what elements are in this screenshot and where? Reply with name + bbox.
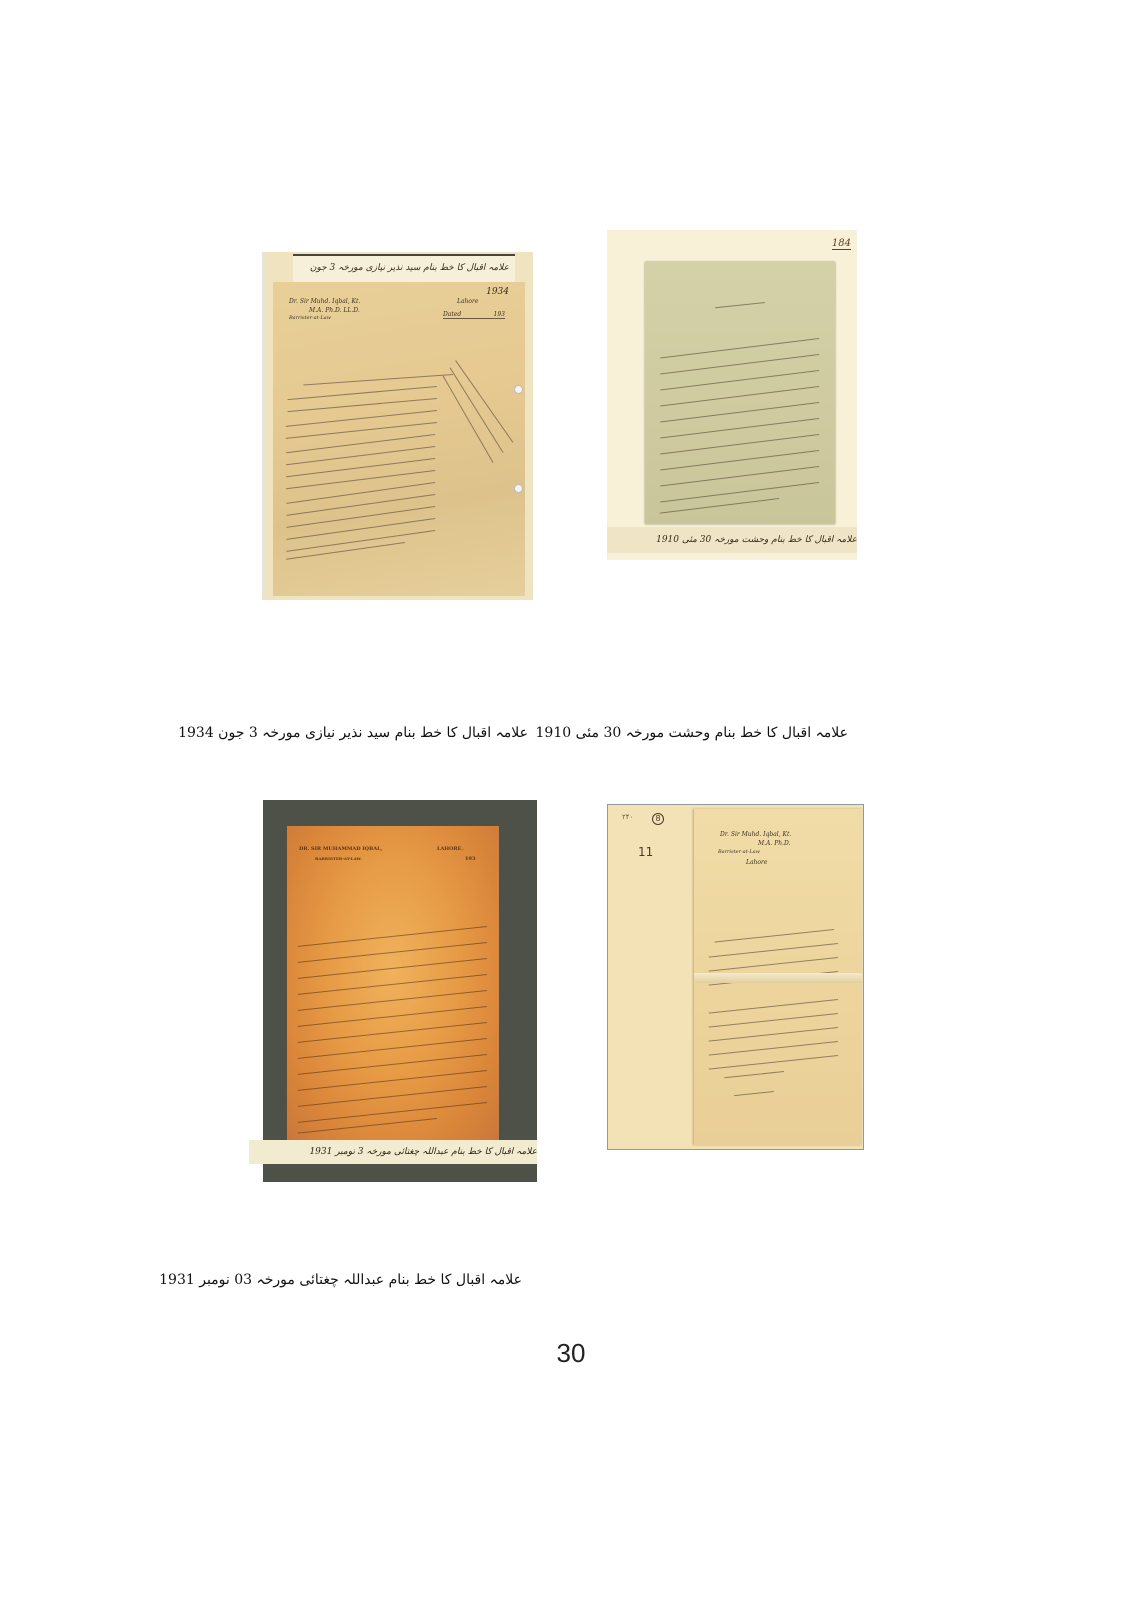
handwriting-line [709,1041,838,1056]
signature [734,1091,774,1096]
handwriting-line [298,1070,487,1091]
archive-label: علامہ اقبال کا خط بنام سید نذیر نیازی مو… [293,254,515,282]
handwriting-line [303,374,453,385]
handwriting-line [286,494,435,516]
letterhead-city: LAHORE. [437,846,463,852]
handwriting-line [298,1086,487,1107]
handwriting-line [660,386,819,406]
letter-photo-undated: ۲۴۰ 8 11 Dr. Sir Muhd. Iqbal, Kt. M.A. P… [607,804,864,1150]
paper-fold [694,973,862,983]
letterhead-name: Dr. Sir Muhd. Iqbal, Kt. [289,298,360,305]
handwriting-line [298,958,487,979]
letterhead-city: Lahore [746,859,767,866]
archive-label: علامہ اقبال کا خط بنام عبداللہ چغتائی مو… [249,1140,537,1164]
handwriting-line [298,990,487,1011]
handwriting-line [286,542,405,560]
margin-note-line [450,367,504,452]
handwriting-line [660,338,819,358]
handwriting-line [709,957,838,972]
handwriting-line [286,434,435,453]
handwriting-line [709,999,838,1014]
letter-paper: DR. SIR MUHAMMAD IQBAL, BARRISTER-AT-LAW… [287,826,499,1142]
handwriting-line [298,1102,487,1123]
handwriting-line [286,518,435,540]
handwriting-line [298,1022,487,1043]
archive-mark: 8 [652,813,664,825]
archive-number: 184 [832,238,851,250]
letterhead-name: Dr. Sir Muhd. Iqbal, Kt. [720,831,791,838]
letter-photo-nazir-niazi: Dr. Sir Muhd. Iqbal, Kt. M.A. Ph.D. LL.D… [262,252,533,600]
letterhead-city: Lahore [457,298,478,305]
letter-paper: Dr. Sir Muhd. Iqbal, Kt. M.A. Ph.D. LL.D… [273,282,525,596]
handwriting-line [660,450,819,470]
handwriting-line [724,1071,784,1078]
letterhead-title: Barrister-at-Law [718,849,760,855]
handwriting-line [298,1038,487,1059]
handwriting-line [298,1006,487,1027]
archive-mark: 11 [638,845,653,859]
letterhead-year: 193 [465,856,475,862]
caption-letter-abdullah-chughtai: علامہ اقبال کا خط بنام عبداللہ چغتائی مو… [252,1272,522,1288]
handwriting-line [298,942,487,963]
handwriting-line [715,302,765,308]
letter-paper [645,262,835,524]
handwriting-line [715,929,834,943]
letterhead-degrees: M.A. Ph.D. LL.D. [309,307,360,314]
handwriting-line [660,370,819,390]
handwriting-line [288,386,438,400]
handwriting-line [660,434,819,454]
handwriting-line [709,1055,838,1070]
handwriting-line [709,1013,838,1028]
letterhead-title: Barrister-at-Law [289,315,331,321]
handwriting-line [298,1054,487,1075]
letterhead-dated: Dated193 [443,311,505,319]
handwriting-line [709,943,838,958]
handwriting-line [298,974,487,995]
handwriting-line [286,506,435,528]
letter-photo-abdullah-chughtai: DR. SIR MUHAMMAD IQBAL, BARRISTER-AT-LAW… [249,800,537,1182]
letter-photo-wahshat: 184 علامہ اقبال کا خط بنام وحشت مورخہ 30… [607,230,857,560]
handwriting-line [298,926,487,947]
handwriting-line [660,482,819,502]
handwriting-line [288,398,438,412]
letterhead-degrees: M.A. Ph.D. [758,840,791,847]
caption-letter-nazir-niazi: علامہ اقبال کا خط بنام سید نذیر نیازی مو… [268,725,528,741]
handwriting-line [660,402,819,422]
margin-note-line [443,376,494,463]
letterhead-name: DR. SIR MUHAMMAD IQBAL, [299,846,382,852]
punch-hole [514,484,523,493]
handwriting-line [660,418,819,438]
archive-mark: ۲۴۰ [622,813,633,821]
letterhead-subtitle: BARRISTER-AT-LAW. [315,856,362,861]
handwriting-line [709,1027,838,1042]
handwriting-line [660,354,819,374]
margin-note-line [455,360,513,442]
caption-letter-wahshat: علامہ اقبال کا خط بنام وحشت مورخہ 30 مئی… [612,725,848,741]
page-number: 30 [545,1338,597,1369]
punch-hole [514,385,523,394]
handwriting-line [660,466,819,486]
archive-label: علامہ اقبال کا خط بنام وحشت مورخہ 30 مئی… [607,527,857,553]
